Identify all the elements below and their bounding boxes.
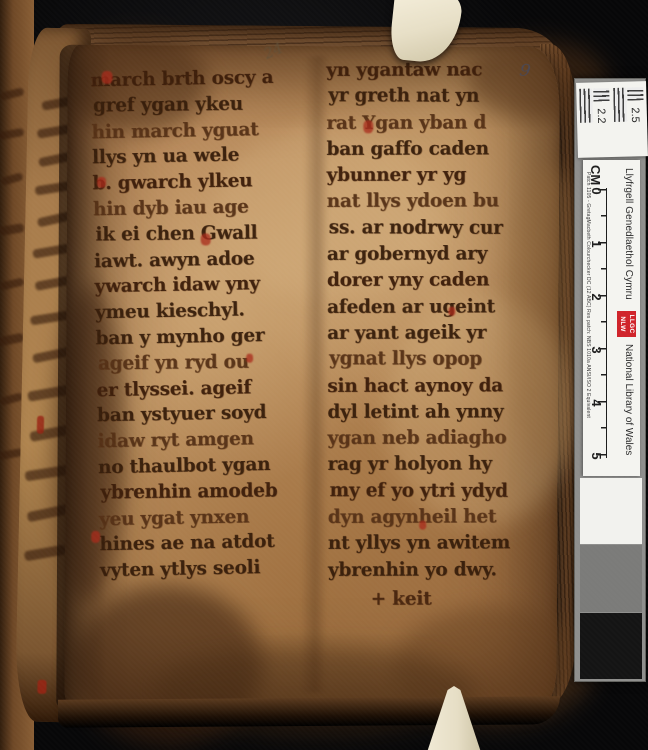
rubric-dot: [419, 521, 426, 530]
book-bottom-edge: [58, 696, 560, 728]
manuscript-line: dorer yny caden: [327, 269, 521, 296]
folio-number: 9: [518, 61, 531, 82]
manuscript-line: dyl letint ah ynny: [327, 400, 521, 427]
manuscript-line: ageif yn ryd ou: [98, 350, 298, 378]
resolution-pattern: [593, 88, 609, 101]
rubric-dot: [448, 307, 455, 316]
manuscript-line: ban gaffo caden: [327, 137, 521, 164]
manuscript-line: ymeu kieschyl.: [95, 298, 295, 328]
manuscript-photograph: march brth oscy agref ygan ykeuhin march…: [0, 0, 648, 750]
manuscript-line: ar yant ageik yr: [327, 321, 521, 348]
manuscript-line: sin hact aynoy da: [327, 374, 521, 401]
resolution-target-card: 2.22.5: [576, 81, 648, 158]
manuscript-line: er tlyssei. ageif: [96, 375, 296, 405]
manuscript-line: ywarch idaw yny: [94, 272, 294, 302]
rubric-initial: [102, 71, 113, 84]
resolution-label: 2.2: [595, 108, 607, 124]
logo-line1: LLGC: [627, 311, 635, 337]
llgc-nlw-logo: LLGC NLW: [617, 311, 636, 337]
ruler-fine-print: Patch 1105 - GretagMacbeth Colourchecker…: [585, 172, 591, 418]
scale-number: 0: [589, 185, 604, 197]
library-name-welsh: Llyfrgell Genedlaethol Cymru: [623, 168, 634, 300]
text-column-left: march brth oscy agref ygan ykeuhin march…: [90, 66, 300, 586]
manuscript-line: my ef yo ytri ydyd: [330, 479, 524, 506]
manuscript-line: no thaulbot ygan: [98, 452, 298, 482]
manuscript-line: march brth oscy a: [90, 66, 290, 96]
rubric-initial: [201, 233, 211, 245]
scale-number: 3: [589, 344, 604, 356]
manuscript-line: gref ygan ykeu: [93, 92, 293, 120]
scale-number: 1: [589, 238, 604, 250]
text-column-right: yn ygantaw nacyr greth nat ynrat Ygan yb…: [326, 58, 522, 614]
calibration-strip: 2.22.5 Llyfrgell Genedlaethol Cymru LLGC…: [574, 78, 646, 682]
manuscript-line: ybrenhin yo dwy.: [328, 558, 522, 585]
resolution-label: 2.5: [629, 107, 641, 123]
resolution-pattern: [579, 89, 593, 123]
rubric-dot: [246, 354, 253, 363]
marginal-rubric-mark: [37, 416, 44, 434]
manuscript-line: llys yn ua wele: [92, 143, 292, 173]
scale-number: 4: [589, 397, 604, 409]
manuscript-line: yr greth nat yn: [328, 85, 522, 112]
manuscript-line: yn ygantaw nac: [326, 58, 520, 85]
resolution-pattern: [613, 88, 627, 122]
manuscript-line: hin march yguat: [91, 117, 291, 147]
manuscript-line: ybrenhin amodeb: [100, 479, 300, 507]
scale-number: 2: [589, 291, 604, 303]
manuscript-line: ban y mynho ger: [95, 323, 295, 353]
manuscript-line: idaw ryt amgen: [97, 427, 297, 457]
manuscript-line: hin dyb iau age: [93, 194, 293, 224]
resolution-pattern: [627, 87, 643, 100]
manuscript-line: hines ae na atdot: [99, 530, 299, 560]
ruler-scale-line: [606, 188, 607, 458]
manuscript-page: march brth oscy agref ygan ykeuhin march…: [64, 45, 559, 712]
ruler-card: Llyfrgell Genedlaethol Cymru LLGC NLW Na…: [583, 160, 640, 476]
manuscript-line: b. gwarch ylkeu: [92, 169, 292, 199]
rubric-initial: [363, 120, 373, 133]
manuscript-line: ygan neb adiagho: [328, 426, 522, 453]
rubric-initial: [97, 177, 106, 188]
logo-line2: NLW: [618, 311, 626, 337]
library-name-english: National Library of Wales: [623, 344, 634, 455]
manuscript-line: ar gobernyd ary: [327, 242, 521, 269]
page-crease: [300, 56, 329, 694]
manuscript-line: nat llys ydoen bu: [327, 190, 521, 217]
manuscript-line: ygnat llys opop: [329, 347, 523, 374]
manuscript-line: ybunner yr yg: [327, 163, 521, 190]
manuscript-line: yeu ygat ynxen: [99, 504, 299, 534]
manuscript-line: rat Ygan yban d: [326, 111, 520, 138]
manuscript-line: ban ystyuer soyd: [97, 401, 297, 431]
manuscript-line: afeden ar ugeint: [327, 295, 521, 322]
white-calibration-patch: [580, 478, 642, 544]
manuscript-line: + keit: [371, 587, 522, 614]
black-calibration-patch: [580, 613, 642, 679]
manuscript-line: rag yr holyon hy: [328, 453, 522, 480]
manuscript-line: nt yllys yn awitem: [328, 532, 522, 559]
rubric-initial: [91, 531, 100, 543]
manuscript-line: ik ei chen Gwall: [95, 221, 295, 249]
manuscript-line: vyten ytlys seoli: [100, 556, 300, 586]
grey-calibration-patch: [580, 545, 642, 612]
manuscript-line: ss. ar nodrwy cur: [329, 216, 523, 243]
manuscript-line: iawt. awyn adoe: [94, 246, 294, 276]
scale-number: 5: [589, 450, 604, 462]
marginal-rubric-mark: [37, 680, 46, 694]
